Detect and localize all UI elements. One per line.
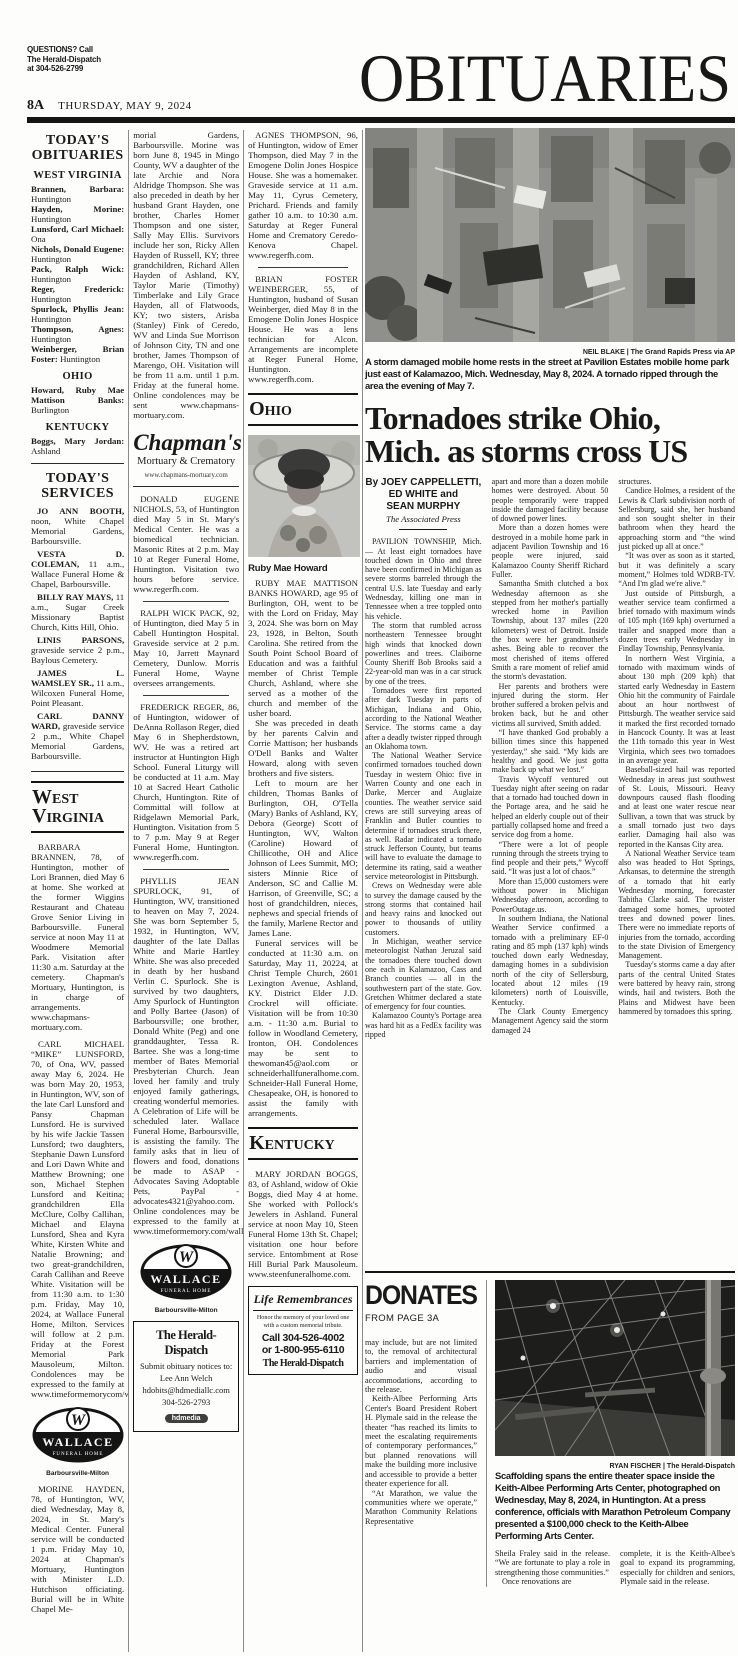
article-paragraph: The Clark County Emergency Management Ag… <box>492 1007 609 1035</box>
obituary-hayden-part2: morial Gardens, Barboursville. Morine wa… <box>133 130 239 420</box>
donates-bottom-column-a: Sheila Fraley said in the release. “We a… <box>495 1549 610 1587</box>
article-source: The Associated Press <box>365 515 482 524</box>
list-item: Thompson, Agnes: Huntington <box>31 324 124 344</box>
article-column-3: structures. Candice Holmes, a resident o… <box>618 477 735 1265</box>
donates-title: DONATES <box>365 1280 468 1311</box>
section-header-kentucky: Kentucky <box>248 1127 358 1160</box>
scaffolding-photo <box>495 1280 735 1456</box>
questions-phone: at 304-526-2799 <box>27 64 157 74</box>
chapmans-name: Chapman's <box>133 430 239 455</box>
article-paragraph: Once renovations are <box>495 1577 610 1586</box>
state-group-kentucky: KENTUCKY <box>31 422 124 433</box>
donates-continuation: DONATES FROM PAGE 3A may include, but ar… <box>365 1280 735 1587</box>
obituary-submission-box: The Herald-Dispatch Submit obituary noti… <box>133 1321 239 1432</box>
life-remembrances-phone1: Call 304-526-4002 <box>253 1332 353 1344</box>
article-paragraph: Tuesday's storms came a day after parts … <box>618 960 735 1016</box>
todays-obituaries-box: TODAY'S OBITUARIES WEST VIRGINIA Brannen… <box>31 133 124 464</box>
obituary-reger: FREDERICK REGER, 86, of Huntington, wido… <box>133 702 239 862</box>
svg-text:W: W <box>179 1249 195 1266</box>
list-item: Spurlock, Phyllis Jean: Huntington <box>31 304 124 324</box>
newspaper-page: QUESTIONS? Call The Herald-Dispatch at 3… <box>0 0 738 1656</box>
state-group-wv: WEST VIRGINIA <box>31 170 124 181</box>
divider <box>143 695 229 696</box>
obituary-boggs: MARY JORDAN BOGGS, 83, of Ashland, widow… <box>248 1169 358 1279</box>
herald-dispatch-brand: The Herald-Dispatch <box>253 1358 353 1369</box>
portrait-photo-image <box>248 435 360 557</box>
article-paragraph: Baseball-sized hail was reported Wednesd… <box>618 765 735 849</box>
article-paragraph: Samantha Smith clutched a box Wednesday … <box>492 579 609 681</box>
list-item: Hayden, Morine: Huntington <box>31 204 124 224</box>
donates-bottom-columns: Sheila Fraley said in the release. “We a… <box>495 1549 735 1587</box>
article-paragraph: Travis Wycoff ventured out Tuesday night… <box>492 775 609 840</box>
obituary-column-3: AGNES THOMPSON, 96, of Huntington, widow… <box>244 130 363 1652</box>
questions-label: QUESTIONS? <box>27 45 77 54</box>
obituary-thompson: AGNES THOMPSON, 96, of Huntington, widow… <box>248 130 358 260</box>
article-paragraph: The National Weather Service confirmed t… <box>365 751 482 881</box>
wallace-logo-icon: W WALLACE FUNERAL HOME <box>32 1406 124 1464</box>
svg-text:FUNERAL HOME: FUNERAL HOME <box>52 1452 103 1457</box>
article-paragraph: Just outside of Pittsburgh, a weather se… <box>618 589 735 654</box>
page-date: THURSDAY, MAY 9, 2024 <box>58 100 191 112</box>
questions-contact-block: QUESTIONS? Call The Herald-Dispatch at 3… <box>27 45 157 74</box>
donates-photo-column: RYAN FISCHER | The Herald-Dispatch Scaff… <box>486 1280 735 1587</box>
howard-portrait-photo: Ruby Mae Howard <box>248 435 358 574</box>
page-title: OBITUARIES <box>359 40 731 116</box>
service-item: LINIS PARSONS, graveside service 2 p.m.,… <box>31 635 124 665</box>
masthead-rule <box>27 117 735 123</box>
storm-damage-photo <box>365 128 735 342</box>
article-headline: Tornadoes strike Ohio, Mich. as storms c… <box>365 402 735 468</box>
list-item: Lunsford, Carl Michael: Ona <box>31 224 124 244</box>
article-paragraph: apart and more than a dozen mobile homes… <box>492 477 609 523</box>
article-paragraph: Tornadoes were first reported after dark… <box>365 686 482 751</box>
todays-obituaries-title: TODAY'S OBITUARIES <box>31 133 124 163</box>
article-paragraph: More than 15,000 customers were without … <box>492 877 609 914</box>
section-header-ohio: Ohio <box>248 393 358 426</box>
article-paragraph: In northern West Virginia, a tornado wit… <box>618 654 735 766</box>
submit-contact-email: hdobits@hdmediallc.com <box>137 1385 235 1395</box>
chapmans-tagline: Mortuary & Crematory <box>133 456 239 467</box>
obituary-hayden-part1: MORINE HAYDEN, 78, of Huntington, WV, di… <box>31 1484 124 1614</box>
hdmedia-logo: hdmedia <box>165 1414 208 1423</box>
scaffolding-photo-caption: Scaffolding spans the entire theater spa… <box>495 1471 735 1543</box>
svg-text:W: W <box>70 1412 86 1429</box>
list-item: Weinberger, Brian Foster: Huntington <box>31 344 124 364</box>
storm-photo-credit: NEIL BLAKE | The Grand Rapids Press via … <box>365 349 735 356</box>
article-paragraph: Keith-Albee Performing Arts Center's Boa… <box>365 1394 477 1488</box>
article-paragraph: Kalamazoo County's Portage area was hard… <box>365 1011 482 1039</box>
article-paragraph: Sheila Fraley said in the release. “We a… <box>495 1549 610 1577</box>
herald-dispatch-brand: The Herald-Dispatch <box>137 1328 235 1358</box>
questions-call: Call <box>79 45 93 54</box>
service-item: VESTA D. COLEMAN, 11 a.m., Wallace Funer… <box>31 549 124 589</box>
obituary-howard: RUBY MAE MATTISON BANKS HOWARD, age 95 o… <box>248 578 358 1118</box>
article-paragraph: may include, but are not limited to, the… <box>365 1338 477 1394</box>
article-paragraph: Her parents and brothers were injured du… <box>492 682 609 728</box>
svg-text:FUNERAL HOME: FUNERAL HOME <box>161 1289 212 1294</box>
list-item: Howard, Ruby Mae Mattison Banks: Burling… <box>31 385 124 415</box>
donates-text-column: DONATES FROM PAGE 3A may include, but ar… <box>365 1280 477 1587</box>
storm-article-body: By JOEY CAPPELLETTI, ED WHITE and SEAN M… <box>365 477 735 1265</box>
article-byline: By JOEY CAPPELLETTI, ED WHITE and SEAN M… <box>365 477 482 513</box>
chapmans-mortuary-logo: Chapman's Mortuary & Crematory www.chapm… <box>133 427 239 487</box>
svg-text:WALLACE: WALLACE <box>151 1272 222 1286</box>
todays-services-title: TODAY'S SERVICES <box>31 471 124 501</box>
folio-line: 8A THURSDAY, MAY 9, 2024 <box>27 96 357 114</box>
life-remembrances-ad: Life Remembrances Honor the memory of yo… <box>248 1286 358 1375</box>
article-paragraph: “It was over as soon as it started, but … <box>618 551 735 588</box>
svg-text:WALLACE: WALLACE <box>42 1435 113 1449</box>
todays-services-box: TODAY'S SERVICES JO ANN BOOTH, noon, Whi… <box>31 471 124 772</box>
section-header-west-virginia: West Virginia <box>31 781 124 833</box>
list-item: Nichols, Donald Eugene: Huntington <box>31 244 124 264</box>
wallace-location: Barboursville-Milton <box>133 1307 239 1314</box>
news-region: NEIL BLAKE | The Grand Rapids Press via … <box>365 128 735 1587</box>
life-remembrances-title: Life Remembrances <box>253 1292 353 1311</box>
submit-instructions: Submit obituary notices to: <box>137 1361 235 1371</box>
wallace-funeral-home-logo: W WALLACE FUNERAL HOME Barboursville-Mil… <box>31 1406 124 1477</box>
obituary-column-1: TODAY'S OBITUARIES WEST VIRGINIA Brannen… <box>27 130 129 1652</box>
obituary-spurlock: PHYLLIS JEAN SPURLOCK, 91, of Huntington… <box>133 876 239 1236</box>
state-group-ohio: OHIO <box>31 371 124 382</box>
submit-contact-name: Lee Ann Welch <box>137 1373 235 1383</box>
article-paragraph: Crews on Wednesday were able to survey t… <box>365 881 482 937</box>
article-paragraph: complete, it is the Keith-Albee's goal t… <box>620 1549 735 1587</box>
submit-contact-phone: 304-526-2793 <box>137 1397 235 1407</box>
service-item: CARL DANNY WARD, graveside service 2 p.m… <box>31 711 124 761</box>
service-item: JO ANN BOOTH, noon, White Chapel Memoria… <box>31 506 124 546</box>
storm-photo-caption: A storm damaged mobile home rests in the… <box>365 357 735 393</box>
donates-bottom-column-b: complete, it is the Keith-Albee's goal t… <box>620 1549 735 1587</box>
portrait-photo-caption: Ruby Mae Howard <box>248 563 358 574</box>
article-column-1: By JOEY CAPPELLETTI, ED WHITE and SEAN M… <box>365 477 482 1265</box>
obituary-lunsford: CARL MICHAEL “MIKE” LUNSFORD, 70, of Ona… <box>31 1039 124 1399</box>
service-item: BILLY RAY MAYS, 11 a.m., Sugar Creek Mis… <box>31 592 124 632</box>
article-paragraph: “At Marathon, we value the communities w… <box>365 1489 477 1527</box>
divider <box>258 267 348 268</box>
article-paragraph: “I have thanked God probably a billion t… <box>492 728 609 774</box>
article-column-2: apart and more than a dozen mobile homes… <box>492 477 609 1265</box>
list-item: Boggs, Mary Jordan: Ashland <box>31 436 124 456</box>
questions-brand: The Herald-Dispatch <box>27 55 157 65</box>
divider <box>143 601 229 602</box>
obituary-brannen: BARBARA BRANNEN, 78, of Huntington, moth… <box>31 842 124 1032</box>
obituary-column-2: morial Gardens, Barboursville. Morine wa… <box>129 130 244 1652</box>
obituary-pack: RALPH WICK PACK, 92, of Huntington, died… <box>133 608 239 688</box>
scaffolding-photo-credit: RYAN FISCHER | The Herald-Dispatch <box>495 1463 735 1470</box>
obituaries-masthead: OBITUARIES <box>356 38 734 120</box>
life-remembrances-subtitle: Honor the memory of your loved one with … <box>253 1314 353 1329</box>
article-paragraph: More than a dozen homes were destroyed i… <box>492 523 609 579</box>
article-paragraph: In Michigan, weather service meteorologi… <box>365 937 482 1011</box>
chapmans-url: www.chapmans-mortuary.com <box>133 472 239 479</box>
article-paragraph: The storm that rumbled across northeaste… <box>365 621 482 686</box>
donates-continued-from: FROM PAGE 3A <box>365 1313 477 1324</box>
wallace-logo-icon: W WALLACE FUNERAL HOME <box>140 1243 232 1301</box>
obituary-weinberger: BRIAN FOSTER WEINBERGER, 55, of Huntingt… <box>248 274 358 384</box>
list-item: Pack, Ralph Wick: Huntington <box>31 264 124 284</box>
wallace-location: Barboursville-Milton <box>31 1470 124 1477</box>
article-paragraph: PAVILION TOWNSHIP, Mich. — At least eigh… <box>365 537 482 621</box>
divider <box>143 869 229 870</box>
list-item: Brannen, Barbara: Huntington <box>31 184 124 204</box>
article-paragraph: structures. <box>618 477 735 486</box>
article-paragraph: Candice Holmes, a resident of the Lewis … <box>618 486 735 551</box>
list-item: Reger, Frederick: Huntington <box>31 284 124 304</box>
article-paragraph: In southern Indiana, the National Weathe… <box>492 914 609 1007</box>
life-remembrances-phone2: or 1-800-955-6110 <box>253 1344 353 1356</box>
article-paragraph: A National Weather Service team also was… <box>618 849 735 961</box>
service-item: JAMES L. WAMSLEY SR., 11 a.m., Wilcoxen … <box>31 668 124 708</box>
page-number: 8A <box>27 98 44 113</box>
wallace-funeral-home-logo: W WALLACE FUNERAL HOME Barboursville-Mil… <box>133 1243 239 1314</box>
divider <box>399 529 447 530</box>
section-rule <box>365 1271 735 1273</box>
article-paragraph: “There were a lot of people running thro… <box>492 840 609 877</box>
obituary-columns: TODAY'S OBITUARIES WEST VIRGINIA Brannen… <box>27 130 363 1652</box>
obituary-nichols: DONALD EUGENE NICHOLS, 53, of Huntington… <box>133 494 239 594</box>
